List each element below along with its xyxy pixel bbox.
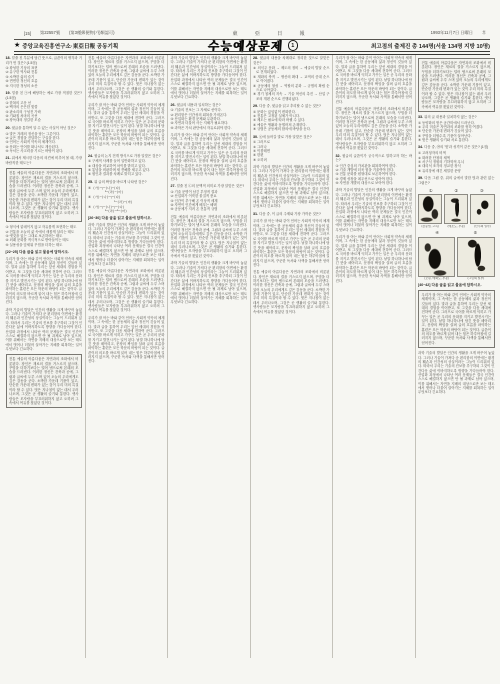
ink-painting-image xyxy=(457,237,494,277)
passage-paragraph: 과학 기술의 발달은 인간의 생활을 크게 바꾸어 놓았다. 그러나 기술이 가… xyxy=(253,165,330,209)
diagram-option: ⑤(가)─┬─(나)─┬─(다) └─(라)─┴─(마) xyxy=(88,205,165,213)
question: ① 형식에 얽매이지 않고 자유롭게 표현하는 태도② 전통을 오늘의 삶 속에… xyxy=(6,225,83,247)
column-4: 28. 윗글의 내용을 차례대로 정리한 것으로 알맞은 것은?② 의식주 문화… xyxy=(250,55,333,658)
ink-painting-image xyxy=(418,237,455,277)
artwork-item: (오원, 매화도, 부분) xyxy=(418,237,455,281)
question-text: 21. 위에서 제시한 다음의 의견에 비추어 볼 때, 가장 바람직한 태도는… xyxy=(6,156,83,165)
newspaper-page: [15] 第22557號 (第3種郵便物(가)類認可) 東 亞 日 報 1993… xyxy=(0,0,500,684)
question-number: 30. xyxy=(253,135,258,139)
masthead-left-label: 중앙교육진흥연구소·東亞日報 공동기획 xyxy=(22,42,118,50)
artwork-row: (장승업, 고목)(매조도, 부분)(산수의 일부) xyxy=(418,194,495,228)
question: 19. 밑줄 친 ㉠에 해당하는 예로 가장 적절한 것은? (1.5점)① 한… xyxy=(6,91,83,123)
ink-painting-image xyxy=(444,194,468,224)
artwork-choice-number: ② xyxy=(454,188,458,193)
question-text: 39. 다음 그림 중, 위의 글에서 말한 멋과 관련 없는 그림은? xyxy=(418,176,495,185)
date-line: 1993年11月7日 日曜日 xyxy=(431,30,473,36)
boxed-passage: 전통 예술의 아름다움은 자연과의 조화에서 비롯된다. 장인은 재료의 결을 … xyxy=(6,354,83,408)
artwork-choice-marks: ①②③ xyxy=(418,188,495,193)
question-text: 20. 윗글을 통하여 알 수 있는 사실이 아닌 것은? xyxy=(6,126,83,131)
passage-paragraph: 전통 예술의 아름다움은 자연과의 조화에서 비롯된다. 장인은 재료의 결을 … xyxy=(336,107,413,151)
question-number: 31. xyxy=(253,212,258,216)
question-text: 32. 윗글의 글쓴이가 궁극적으로 말하고자 하는 바는? xyxy=(336,154,413,163)
passage-paragraph: 우리가 잘 아는 바와 같이 언어는 사회적 약속의 체계이며, 그 속에는 한… xyxy=(171,133,248,181)
question-number: 19. xyxy=(6,91,11,95)
question-text: 27. 밑줄 친 ㉡의 문맥적 의미로 가장 알맞은 것은? xyxy=(171,184,248,189)
page-number-label: [15] xyxy=(24,31,31,36)
answer-choice: ⑤ 유리창에 새긴 세밀한 문양 xyxy=(418,169,495,173)
structure-diagram: (가)─┬─(나)─┬─(다) └─(라)─┴─(마) xyxy=(93,205,127,213)
passage-paragraph: 과학 기술의 발달은 인간의 생활을 크게 바꾸어 놓았다. 그러나 기술이 가… xyxy=(336,188,413,232)
question-text: 33. 위의 글 내용과 일치하지 않는 것은? xyxy=(418,115,495,120)
question: 39. 다음 그림 중, 위의 글에서 말한 멋과 관련 없는 그림은? xyxy=(418,176,495,185)
answer-choice: ⑤ 오히려 xyxy=(253,158,330,162)
boxed-passage: 전통 예술의 아름다움은 자연과의 조화에서 비롯된다. 장인은 재료의 결을 … xyxy=(418,58,495,112)
passage-paragraph: 과학 기술의 발달은 인간의 생활을 크게 바꾸어 놓았다. 그러나 기술이 가… xyxy=(171,56,248,100)
question: 28. 윗글의 내용을 차례대로 정리한 것으로 알맞은 것은?② 의식주 문화… xyxy=(253,56,330,101)
question-number: 27. xyxy=(171,184,176,188)
question: 29. 다음 중, 윗글을 읽고 추리할 수 없는 것은?① 문화는 끊임없이 … xyxy=(253,104,330,132)
structure-diagram: (가)─(나)─┬─(다) └─(라)─(마) xyxy=(93,195,133,203)
masthead: ★ 중앙교육진흥연구소·東亞日報 공동기획 수능예상문제 1 최고점의 출제진 … xyxy=(14,40,490,51)
artwork-caption: (장승업, 고목) xyxy=(418,225,442,229)
section-header: [26~30] 다음 글을 읽고 물음에 답하시오. xyxy=(88,216,165,221)
column-2: 전통 예술의 아름다움은 자연과의 조화에서 비롯된다. 장인은 재료의 결을 … xyxy=(85,55,168,658)
passage-paragraph: 전통 예술의 아름다움은 자연과의 조화에서 비롯된다. 장인은 재료의 결을 … xyxy=(88,56,165,100)
question-number: 32. xyxy=(336,154,341,158)
artwork-caption: (산수의 일부) xyxy=(470,225,494,229)
newspaper-folio-name: 東 亞 日 報 xyxy=(232,30,312,37)
passage-paragraph: 우리가 잘 아는 바와 같이 언어는 사회적 약속의 체계이며, 그 속에는 한… xyxy=(253,219,330,267)
section-header: [22~25] 다음 글을 읽고 물음에 답하시오. xyxy=(6,250,83,255)
diagram-option: ④(가)─(나)─┬─(다) └─(라)─(마) xyxy=(88,195,165,203)
question: 31. 다음 중, 이 글의 주제와 가장 가까운 것은? xyxy=(253,212,330,217)
passage-paragraph: 과학 기술의 발달은 인간의 생활을 크게 바꾸어 놓았다. 그러나 기술이 가… xyxy=(171,261,248,305)
boxed-passage: 전통 예술의 아름다움은 자연과의 조화에서 비롯된다. 장인은 재료의 결을 … xyxy=(6,168,83,222)
question: 32. 윗글의 글쓴이가 궁극적으로 말하고자 하는 바는?① 인간 중심의 가… xyxy=(336,154,413,186)
diagram-option-number: ⑤ xyxy=(88,205,91,213)
question-text: 18. 밑줄 친 부분에 담긴 뜻으로, 글쓴이의 생각과 거리가 먼 것은? … xyxy=(6,56,83,65)
passage-paragraph: 과학 기술의 발달은 인간의 생활을 크게 바꾸어 놓았다. 그러나 기술이 가… xyxy=(88,223,165,267)
artwork-grid: ①②③(장승업, 고목)(매조도, 부분)(산수의 일부)④⑤(오원, 매화도,… xyxy=(418,188,495,281)
column-6: 전통 예술의 아름다움은 자연과의 조화에서 비롯된다. 장인은 재료의 결을 … xyxy=(415,55,498,658)
column-1: 18. 밑줄 친 부분에 담긴 뜻으로, 글쓴이의 생각과 거리가 먼 것은? … xyxy=(3,55,85,658)
artwork-choice-marks: ④⑤ xyxy=(418,230,495,235)
ink-painting-image xyxy=(470,194,494,224)
passage-paragraph: 전통 예술의 아름다움은 자연과의 조화에서 비롯된다. 장인은 재료의 결을 … xyxy=(253,270,330,314)
answer-choice: ⑤ 지극한 정성의 소산 xyxy=(6,84,83,88)
artwork-caption: (그림의 일부) xyxy=(457,277,494,281)
diagram-option-number: ④ xyxy=(88,195,91,203)
issue-number: 第22557號 xyxy=(40,30,60,36)
artwork-item: (매조도, 부분) xyxy=(444,194,468,228)
answer-choice: ③ 재화의 축적 → 생산의 확대 → 교역의 증대 순으로 이어졌다. xyxy=(253,75,330,84)
question: 34. 다음 중, ㉮의 '멋'과 성격이 같은 것은? (1점)① 고려청자의… xyxy=(418,145,495,173)
question-text: 19. 밑줄 친 ㉠에 해당하는 예로 가장 적절한 것은? (1.5점) xyxy=(6,91,83,100)
question-number: 33. xyxy=(418,115,423,119)
question: 20. 윗글을 통하여 알 수 있는 사실이 아닌 것은?① 말은 겨레의 정신… xyxy=(6,126,83,154)
question-number: 21. xyxy=(6,156,11,160)
passage-paragraph: 우리가 잘 아는 바와 같이 언어는 사회적 약속의 체계이며, 그 속에는 한… xyxy=(336,235,413,283)
question-number: 18. xyxy=(6,56,11,60)
artwork-item: (장승업, 고목) xyxy=(418,194,442,228)
artwork-item: (그림의 일부) xyxy=(457,237,494,281)
question-text: 30. ㉢에 들어갈 말로 가장 알맞은 것은? xyxy=(253,135,330,140)
passage-paragraph: 과학 기술의 발달은 인간의 생활을 크게 바꾸어 놓았다. 그러나 기술이 가… xyxy=(418,351,495,395)
structure-diagram: (가)─┬─(나)─(다) └─(라)─(마) xyxy=(93,186,123,194)
question-number: 24. xyxy=(88,154,93,158)
question: 30. ㉢에 들어갈 말로 가장 알맞은 것은?① 그러므로② 그러나③ 이를테… xyxy=(253,135,330,163)
question-text: 34. 다음 중, ㉮의 '멋'과 성격이 같은 것은? (1점) xyxy=(418,145,495,150)
artwork-caption: (오원, 매화도, 부분) xyxy=(418,277,455,281)
artwork-row: (오원, 매화도, 부분)(그림의 일부) xyxy=(418,237,495,281)
series-number-badge: 1 xyxy=(288,40,299,51)
answer-choice: ⑤ 멋은 생활의 슬기와 서로 통한다. xyxy=(418,138,495,142)
question: 18. 밑줄 친 부분에 담긴 뜻으로, 글쓴이의 생각과 거리가 먼 것은? … xyxy=(6,56,83,88)
question-number: 20. xyxy=(6,126,11,130)
question: 27. 밑줄 친 ㉡의 문맥적 의미로 가장 알맞은 것은?① 기술 문명이 남… xyxy=(171,184,248,212)
artwork-caption: (매조도, 부분) xyxy=(444,225,468,229)
artwork-choice-number: ① xyxy=(429,188,433,193)
passage-paragraph: 과학 기술의 발달은 인간의 생활을 크게 바꾸어 놓았다. 그러나 기술이 가… xyxy=(6,308,83,352)
answer-choice: ⑤ 공동체가 지켜 온 전통적 규범 xyxy=(171,207,248,211)
article-columns: 18. 밑줄 친 부분에 담긴 뜻으로, 글쓴이의 생각과 거리가 먼 것은? … xyxy=(3,55,497,658)
answer-choice: ⑤ 장독대의 정갈한 모습 xyxy=(6,118,83,122)
artwork-choice-number: ③ xyxy=(480,188,484,193)
question-text: 28. 윗글의 내용을 차례대로 정리한 것으로 알맞은 것은? xyxy=(253,56,330,65)
answer-choice: ⑤ 실용성을 앞세워 꾸밈을 더하는 태도 xyxy=(6,243,83,247)
answer-choice: ⑤ 과학은 가치 판단에서 자유로워야 한다. xyxy=(171,126,248,130)
question-number: 29. xyxy=(253,104,258,108)
question-number: 26. xyxy=(171,103,176,107)
question-number: 25. xyxy=(88,180,93,184)
passage-paragraph: 우리가 잘 아는 바와 같이 언어는 사회적 약속의 체계이며, 그 속에는 한… xyxy=(88,316,165,364)
artwork-choice-number: ④ xyxy=(435,230,439,235)
question: 33. 위의 글 내용과 일치하지 않는 것은?① 동양화의 멋은 공간미에서 … xyxy=(418,115,495,143)
passage-paragraph: 전통 예술의 아름다움은 자연과의 조화에서 비롯된다. 장인은 재료의 결을 … xyxy=(88,269,165,313)
postal-registration: (第3種郵便物(가)類認可) xyxy=(69,30,114,36)
ink-painting-image xyxy=(418,194,442,224)
masthead-left: ★ 중앙교육진흥연구소·東亞日報 공동기획 xyxy=(14,42,184,50)
question-text: 26. 윗글의 내용과 일치하는 것은? xyxy=(171,103,248,108)
question: 21. 위에서 제시한 다음의 의견에 비추어 볼 때, 가장 바람직한 태도는… xyxy=(6,156,83,165)
artwork-item: (산수의 일부) xyxy=(470,194,494,228)
column-5: 우리가 잘 아는 바와 같이 언어는 사회적 약속의 체계이며, 그 속에는 한… xyxy=(332,55,415,658)
answer-choice: ⑤ 자연을 개발의 대상으로 보아야 한다. xyxy=(336,181,413,185)
question-number: 39. xyxy=(418,176,423,180)
column-3: 과학 기술의 발달은 인간의 생활을 크게 바꾸어 놓았다. 그러나 기술이 가… xyxy=(167,55,250,658)
diagram-option: ③(가)─┬─(나)─(다) └─(라)─(마) xyxy=(88,186,165,194)
answer-choice: ⑤ 독서는 사고력을 기르는 바탕이 된다. xyxy=(6,149,83,153)
structure-diagram-question: 25. 위 글의 짜임을 바르게 나타낸 것은?③(가)─┬─(나)─(다) └… xyxy=(88,180,165,213)
edition-mark: 후 xyxy=(482,30,486,36)
answer-choice: ② 의식주 문화 → 제도의 정비 → 예술의 발달 순으로 전개되었다. xyxy=(253,66,330,75)
answer-choice: ④ 원인과 결과를 차례로 밝히고 있다. xyxy=(88,172,165,176)
answer-choice: ④ 공동체의 형성 → 역할의 분화 → 규범의 확립 순으로 나아갔다. xyxy=(253,84,330,93)
masthead-right-label: 최고점의 출제진 총 144명(서울 134명 지방 10명) xyxy=(322,42,490,50)
question-text: 25. 위 글의 짜임을 바르게 나타낸 것은? xyxy=(88,180,165,185)
answer-choice: ⑤ 경기 침체의 지속 → 기술 혁신의 촉진 → 산업 구조의 개편 순으로 … xyxy=(253,92,330,101)
passage-paragraph: 우리가 잘 아는 바와 같이 언어는 사회적 약속의 체계이며, 그 속에는 한… xyxy=(336,56,413,104)
section-header: [40~42] 다음 글을 읽고 물음에 답하시오. xyxy=(418,283,495,288)
artwork-choice-number: ⑤ xyxy=(474,230,478,235)
question-number: 28. xyxy=(253,56,258,60)
question-text: 29. 다음 중, 윗글을 읽고 추리할 수 없는 것은? xyxy=(253,104,330,109)
passage-paragraph: 우리가 잘 아는 바와 같이 언어는 사회적 약속의 체계이며, 그 속에는 한… xyxy=(88,103,165,151)
question: 24. 윗글의 논지 전개 방식으로 가장 알맞은 것은?① 구체적 사례를 들… xyxy=(88,154,165,177)
question-number: 34. xyxy=(418,145,423,149)
question-text: 24. 윗글의 논지 전개 방식으로 가장 알맞은 것은? xyxy=(88,154,165,159)
question-text: 31. 다음 중, 이 글의 주제와 가장 가까운 것은? xyxy=(253,212,330,217)
answer-choice: ⑤ 규범은 공동체의 합의에 바탕을 둔다. xyxy=(253,127,330,131)
publisher-star-icon: ★ xyxy=(14,42,20,49)
passage-paragraph: 전통 예술의 아름다움은 자연과의 조화에서 비롯된다. 장인은 재료의 결을 … xyxy=(171,215,248,259)
passage-paragraph: 우리가 잘 아는 바와 같이 언어는 사회적 약속의 체계이며, 그 속에는 한… xyxy=(6,257,83,305)
question: 26. 윗글의 내용과 일치하는 것은?① 기술의 진보는 그 자체로 선이다.… xyxy=(171,103,248,131)
diagram-option-number: ③ xyxy=(88,186,91,194)
boxed-passage: 우리가 잘 아는 바와 같이 언어는 사회적 약속의 체계이며, 그 속에는 한… xyxy=(418,290,495,348)
